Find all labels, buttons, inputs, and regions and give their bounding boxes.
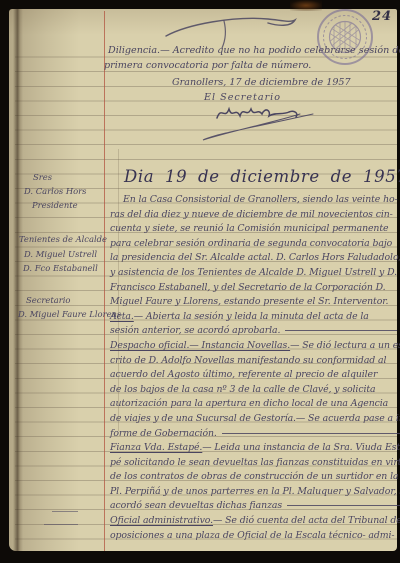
margin-dash bbox=[52, 511, 78, 512]
line-text: acuerdo del Agosto último, referente al … bbox=[110, 369, 377, 380]
margin-note-secretary-heading: Secretario bbox=[26, 295, 70, 305]
manuscript-line: forme de Gobernación. bbox=[110, 427, 398, 442]
margin-note-deputy1: D. Miguel Ustrell bbox=[24, 249, 97, 259]
line-text: crito de D. Adolfo Novellas manifestando… bbox=[110, 355, 386, 366]
line-text: sesión anterior, se acordó aprobarla. bbox=[110, 325, 280, 336]
line-text: Pl. Perpiñá y de unos parterres en la Pl… bbox=[110, 486, 400, 497]
secretary-signature-icon bbox=[195, 100, 345, 148]
manuscript-line: Fianza Vda. Estapé.— Leida una instancia… bbox=[110, 441, 398, 456]
manuscript-line: cuenta y siete, se reunió la Comisión mu… bbox=[110, 222, 398, 237]
margin-note-sres: Sres bbox=[33, 172, 52, 182]
manuscript-line: Despacho oficial.— Instancia Novellas.— … bbox=[110, 339, 398, 354]
margin-note-president-name: D. Carlos Hors bbox=[24, 186, 86, 196]
line-text: En la Casa Consistorial de Granollers, s… bbox=[123, 194, 398, 205]
margin-note-deputies-heading: Tenientes de Alcalde bbox=[19, 234, 107, 244]
red-margin-line bbox=[104, 11, 105, 551]
line-text: — Se dió lectura a un es- bbox=[290, 340, 400, 351]
line-text: pé solicitando le sean devueltas las fia… bbox=[110, 457, 400, 468]
manuscript-line: para celebrar sesión ordinaria de segund… bbox=[110, 237, 398, 252]
manuscript-line: Miguel Faure y Llorens, estando presente… bbox=[110, 295, 398, 310]
manuscript-line: ras del dia diez y nueve de diciembre de… bbox=[110, 208, 398, 223]
section-heading-fianza-estape: Fianza Vda. Estapé. bbox=[110, 442, 202, 453]
line-text: acordó sean devueltas dichas fianzas bbox=[110, 500, 282, 511]
line-text: ras del dia diez y nueve de diciembre de… bbox=[110, 209, 393, 220]
section-heading-acta: Acta. bbox=[110, 311, 134, 322]
line-text: forme de Gobernación. bbox=[110, 428, 217, 439]
line-text: cuenta y siete, se reunió la Comisión mu… bbox=[110, 223, 388, 234]
line-text: — Leida una instancia de la Sra. Viuda E… bbox=[202, 442, 400, 453]
manuscript-line: oposiciones a una plaza de Oficial de la… bbox=[110, 529, 398, 544]
ink-rule bbox=[285, 329, 397, 331]
line-text: autorización para la apertura en dicho l… bbox=[110, 398, 388, 409]
manuscript-line: de los bajos de la casa nº 3 de la calle… bbox=[110, 383, 398, 398]
manuscript-line: acordó sean devueltas dichas fianzas bbox=[110, 499, 398, 514]
manuscript-line: crito de D. Adolfo Novellas manifestando… bbox=[110, 354, 398, 369]
scanned-manuscript-page: 24 Diligencia.— Acredito que no ha podid… bbox=[0, 0, 400, 563]
diligencia-line2: primera convocatoria por falta de número… bbox=[104, 60, 392, 71]
line-text: Francisco Estabanell, y del Secretario d… bbox=[110, 282, 386, 293]
line-text: de los bajos de la casa nº 3 de la calle… bbox=[110, 384, 375, 395]
line-text: la presidencia del Sr. Alcalde actal. D.… bbox=[110, 252, 400, 263]
ink-rule bbox=[287, 504, 400, 506]
section-heading-oficial-administrativo: Oficial administrativo. bbox=[110, 515, 213, 526]
manuscript-line: sesión anterior, se acordó aprobarla. bbox=[110, 324, 398, 339]
line-text: para celebrar sesión ordinaria de segund… bbox=[110, 238, 392, 249]
ink-rule bbox=[222, 432, 400, 434]
line-text: y asistencia de los Tenientes de Alcalde… bbox=[110, 267, 397, 278]
line-text: — Se dió cuenta del acta del Tribunal de bbox=[213, 515, 400, 526]
manuscript-line: de los contratos de obras de construcció… bbox=[110, 470, 398, 485]
minutes-body: En la Casa Consistorial de Granollers, s… bbox=[110, 193, 398, 543]
manuscript-line: En la Casa Consistorial de Granollers, s… bbox=[110, 193, 398, 208]
margin-dash bbox=[44, 524, 78, 525]
line-text: de viajes y de una Sucursal de Gestoría.… bbox=[110, 413, 400, 424]
diligencia-line1: Diligencia.— Acredito que no ha podido c… bbox=[108, 45, 396, 56]
manuscript-line: y asistencia de los Tenientes de Alcalde… bbox=[110, 266, 398, 281]
margin-note-deputy2: D. Fco Estabanell bbox=[23, 263, 98, 273]
diligencia-dateline: Granollers, 17 de diciembre de 1957 bbox=[172, 77, 351, 88]
line-text: de los contratos de obras de construcció… bbox=[110, 471, 398, 482]
section-heading-despacho-oficial: Despacho oficial.— Instancia Novellas. bbox=[110, 340, 290, 351]
manuscript-line: Francisco Estabanell, y del Secretario d… bbox=[110, 281, 398, 296]
line-text: — Abierta la sesión y leida la minuta de… bbox=[134, 311, 369, 322]
manuscript-line: pé solicitando le sean devueltas las fia… bbox=[110, 456, 398, 471]
manuscript-line: autorización para la apertura en dicho l… bbox=[110, 397, 398, 412]
manuscript-line: acuerdo del Agosto último, referente al … bbox=[110, 368, 398, 383]
page-number: 24 bbox=[372, 9, 392, 24]
municipal-seal-stamp-icon bbox=[314, 5, 376, 67]
margin-note-secretary-name: D. Miguel Faure Llorens bbox=[18, 309, 121, 319]
manuscript-line: Oficial administrativo.— Se dió cuenta d… bbox=[110, 514, 398, 529]
manuscript-line: de viajes y de una Sucursal de Gestoría.… bbox=[110, 412, 398, 427]
manuscript-line: la presidencia del Sr. Alcalde actal. D.… bbox=[110, 251, 398, 266]
line-text: oposiciones a una plaza de Oficial de la… bbox=[110, 530, 394, 541]
margin-note-president-title: Presidente bbox=[32, 200, 78, 210]
session-date-heading: Dia 19 de diciembre de 1957 bbox=[124, 167, 400, 186]
line-text: Miguel Faure y Llorens, estando presente… bbox=[110, 296, 388, 307]
binding-crease bbox=[13, 9, 23, 551]
manuscript-line: Acta.— Abierta la sesión y leida la minu… bbox=[110, 310, 398, 325]
manuscript-line: Pl. Perpiñá y de unos parterres en la Pl… bbox=[110, 485, 398, 500]
